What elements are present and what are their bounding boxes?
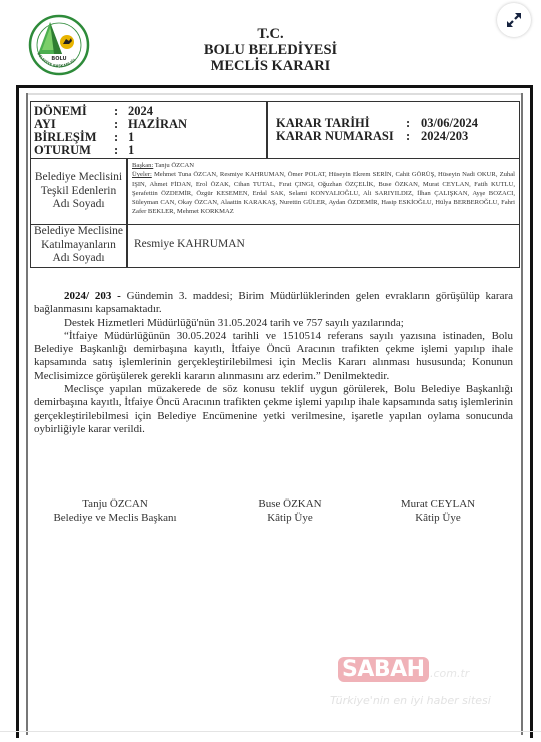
decision-body: 2024/ 203 - Gündemin 3. maddesi; Birim M… <box>34 290 513 436</box>
document-inner-frame-right <box>521 93 523 735</box>
header-document-type: MECLİS KARARI <box>0 58 541 75</box>
members-label: Belediye Meclisini Teşkil Edenlerin Adı … <box>31 171 126 212</box>
decision-paragraph-4: Meclisçe yapılan müzakerede de söz konus… <box>34 383 513 436</box>
sabah-logo: SABAH <box>338 657 429 682</box>
absent-row: Belediye Meclisine Katılmayanların Adı S… <box>31 225 519 267</box>
decision-number: 2024/ 203 - <box>64 290 121 302</box>
decision-meta-right: KARAR TARİHİ:03/06/2024 KARAR NUMARASI:2… <box>276 117 478 143</box>
members-row: Belediye Meclisini Teşkil Edenlerin Adı … <box>31 159 519 225</box>
expand-arrows-icon <box>504 10 524 30</box>
sabah-tagline: Türkiye'nin en iyi haber sitesi <box>330 694 491 707</box>
decision-paragraph-3: “İtfaiye Müdürlüğünün 30.05.2024 tarihli… <box>34 330 513 383</box>
signature-clerk-2: Murat CEYLAN Kâtip Üye <box>388 497 488 525</box>
sabah-watermark: SABAH .com.tr Türkiye'nin en iyi haber s… <box>330 655 540 715</box>
absent-names: Resmiye KAHRUMAN <box>134 238 245 250</box>
decision-info-table: DÖNEMİ:2024 AYI:HAZİRAN BİRLEŞİM:1 OTURU… <box>30 101 520 268</box>
decision-paragraph-1: 2024/ 203 - Gündemin 3. maddesi; Birim M… <box>34 290 513 317</box>
members-list: Başkan: Tanju ÖZCAN Üyeler: Mehmet Tuna … <box>132 161 515 217</box>
meta-decision-number: KARAR NUMARASI:2024/203 <box>276 130 478 143</box>
session-info-row: DÖNEMİ:2024 AYI:HAZİRAN BİRLEŞİM:1 OTURU… <box>31 102 519 159</box>
page-bottom-divider <box>0 731 541 732</box>
meta-sitting: OTURUM:1 <box>34 144 187 157</box>
sabah-domain: .com.tr <box>430 667 469 680</box>
header-municipality: BOLU BELEDİYESİ <box>0 42 541 59</box>
decision-paragraph-2: Destek Hizmetleri Müdürlüğü'nün 31.05.20… <box>34 317 513 330</box>
header-tc: T.C. <box>0 26 541 43</box>
session-meta-left: DÖNEMİ:2024 AYI:HAZİRAN BİRLEŞİM:1 OTURU… <box>34 105 187 157</box>
absent-label: Belediye Meclisine Katılmayanların Adı S… <box>31 225 126 266</box>
expand-button[interactable] <box>497 3 531 37</box>
document-inner-frame-left <box>26 93 28 735</box>
document-inner-frame-top <box>26 93 523 95</box>
signature-clerk-1: Buse ÖZKAN Kâtip Üye <box>240 497 340 525</box>
signature-president: Tanju ÖZCAN Belediye ve Meclis Başkanı <box>40 497 190 525</box>
